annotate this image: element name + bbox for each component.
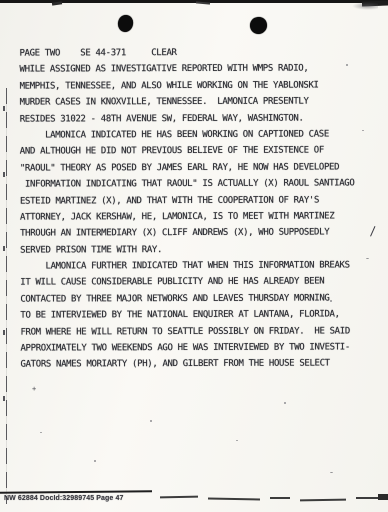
scan-speck	[346, 64, 348, 66]
body-line: LAMONICA INDICATED HE HAS BEEN WORKING O…	[20, 126, 355, 144]
scan-bottom-artifact	[356, 497, 380, 499]
scan-bottom-artifact	[378, 494, 388, 500]
scan-speck	[330, 472, 333, 473]
body-line: SERVED PRISON TIME WITH RAY.	[20, 241, 355, 259]
scan-speck	[40, 432, 42, 433]
scan-left-edge	[6, 88, 7, 504]
margin-tick	[3, 246, 5, 251]
scan-speck	[284, 402, 286, 404]
body-line: MURDER CASES IN KNOXVILLE, TENNESSEE. LA…	[20, 94, 355, 112]
body-line: IT WILL CAUSE CONSIDERABLE PUBLICITY AND…	[20, 274, 355, 292]
page-header-line: PAGE TWO SE 44-371 CLEAR	[19, 44, 354, 62]
footer-rule-line	[0, 490, 152, 494]
scan-speck	[150, 420, 152, 422]
scan-speck	[330, 300, 332, 302]
margin-tick	[3, 172, 5, 177]
body-line: TO BE INTERVIEWED BY THE NATIONAL ENQUIR…	[20, 307, 355, 325]
scan-bottom-artifact	[208, 498, 260, 500]
scan-bottom-artifact	[270, 497, 290, 499]
document-body: PAGE TWO SE 44-371 CLEAR WHILE ASSIGNED …	[19, 44, 355, 373]
body-line: APPROXIMATELY TWO WEEKENDS AGO HE WAS IN…	[20, 339, 355, 357]
plus-mark: +	[32, 387, 37, 392]
scan-speck	[366, 258, 369, 259]
scan-bottom-artifact	[300, 499, 346, 501]
margin-tick	[3, 106, 5, 111]
body-line: ESTEID MARTINEZ (X), AND THAT WITH THE C…	[20, 192, 355, 210]
body-line: CONTACTED BY THREE MAJOR NETWORKS AND LE…	[20, 290, 355, 308]
scan-speck	[362, 130, 364, 131]
body-line: RESIDES 31022 - 48TH AVENUE SW, FEDERAL …	[20, 110, 355, 128]
scan-edge-artifact	[52, 1, 62, 5]
body-line: MEMPHIS, TENNESSEE, AND ALSO WHILE WORKI…	[20, 77, 355, 95]
body-line: GATORS NAMES MORIARTY (PH), AND GILBERT …	[21, 356, 356, 374]
scan-smudge	[352, 2, 378, 10]
scan-speck	[94, 460, 96, 462]
body-line: THROUGH AN INTERMEDIARY (X) CLIFF ANDREW…	[20, 225, 355, 243]
margin-tick	[3, 330, 5, 335]
scan-speck	[236, 440, 238, 441]
body-line: INFORMATION INDICATING THAT RAOUL" IS AC…	[20, 176, 355, 194]
scan-edge-artifact	[196, 1, 210, 4]
body-line: LAMONICA FURTHER INDICATED THAT WHEN THI…	[20, 257, 355, 275]
margin-tick	[3, 396, 5, 401]
body-line: "RAOUL" THEORY AS POSED BY JAMES EARL RA…	[20, 159, 355, 177]
body-line: ATTORNEY, JACK KERSHAW, HE, LAMONICA, IS…	[20, 208, 355, 226]
body-line: FROM WHERE HE WILL RETURN TO SEATTLE POS…	[20, 323, 355, 341]
pen-mark-slash	[370, 226, 381, 239]
body-line: AND ALTHOUGH HE DID NOT PREVIOUS BELIEVE…	[20, 143, 355, 161]
hole-punch-mark-left	[117, 14, 134, 33]
footer-stamp: NW 62884 DocId:32989745 Page 47	[4, 495, 123, 502]
scanned-document-page: PAGE TWO SE 44-371 CLEAR WHILE ASSIGNED …	[0, 0, 388, 512]
scan-bottom-artifact	[160, 496, 198, 498]
body-line: WHILE ASSIGNED AS INVESTIGATIVE REPORTED…	[19, 61, 354, 79]
hole-punch-mark-right	[249, 16, 268, 35]
